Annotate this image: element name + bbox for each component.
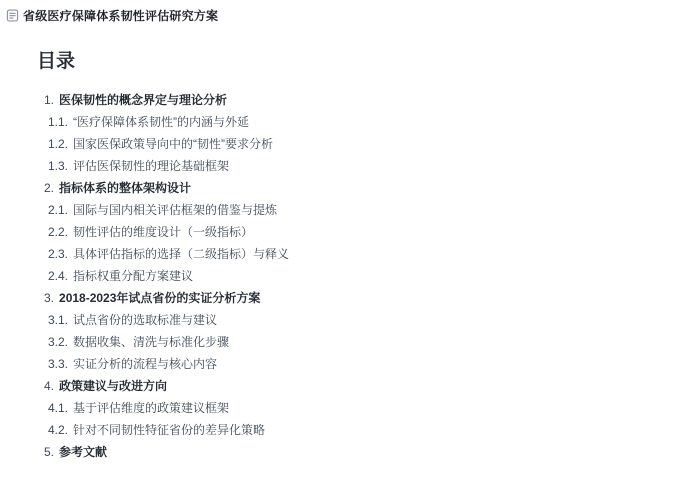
toc-list: 1.医保韧性的概念界定与理论分析1.1.“医疗保障体系韧性”的内涵与外延1.2.…: [0, 89, 696, 463]
toc-item-label: 2018-2023年试点省份的实证分析方案: [59, 287, 260, 309]
toc-item: 3.2018-2023年试点省份的实证分析方案: [0, 287, 696, 309]
toc-item: 2.3.具体评估指标的选择（二级指标）与释义: [0, 243, 696, 265]
toc-item-number: 3.1.: [48, 309, 68, 331]
toc-item: 2.2.韧性评估的维度设计（一级指标）: [0, 221, 696, 243]
toc-item-number: 2.1.: [48, 199, 68, 221]
document-header: 省级医疗保障体系韧性评估研究方案: [5, 7, 218, 24]
toc-item-label: 指标体系的整体架构设计: [59, 177, 191, 199]
toc-item-number: 5.: [44, 441, 54, 463]
toc-item: 1.3.评估医保韧性的理论基础框架: [0, 155, 696, 177]
toc-item: 4.2.针对不同韧性特征省份的差异化策略: [0, 419, 696, 441]
toc-item-label: 实证分析的流程与核心内容: [73, 353, 217, 375]
toc-heading: 目录: [37, 50, 75, 74]
toc-item-number: 2.3.: [48, 243, 68, 265]
toc-item-number: 4.1.: [48, 397, 68, 419]
toc-item-label: 指标权重分配方案建议: [73, 265, 193, 287]
toc-item-number: 4.: [44, 375, 54, 397]
toc-item-label: 基于评估维度的政策建议框架: [73, 397, 229, 419]
toc-item: 4.1.基于评估维度的政策建议框架: [0, 397, 696, 419]
document-icon: [5, 9, 19, 23]
toc-item: 2.指标体系的整体架构设计: [0, 177, 696, 199]
toc-item-number: 1.2.: [48, 133, 68, 155]
toc-item-number: 1.3.: [48, 155, 68, 177]
toc-item-label: 数据收集、清洗与标准化步骤: [73, 331, 229, 353]
toc-item-label: 政策建议与改进方向: [59, 375, 167, 397]
toc-item-label: 国际与国内相关评估框架的借鉴与提炼: [73, 199, 277, 221]
toc-item: 3.1.试点省份的选取标准与建议: [0, 309, 696, 331]
toc-item-number: 4.2.: [48, 419, 68, 441]
toc-item-label: 参考文献: [59, 441, 107, 463]
toc-item: 2.4.指标权重分配方案建议: [0, 265, 696, 287]
toc-item-label: “医疗保障体系韧性”的内涵与外延: [73, 111, 249, 133]
toc-item-label: 韧性评估的维度设计（一级指标）: [73, 221, 253, 243]
document-title: 省级医疗保障体系韧性评估研究方案: [23, 7, 218, 24]
toc-item: 2.1.国际与国内相关评估框架的借鉴与提炼: [0, 199, 696, 221]
toc-item-label: 评估医保韧性的理论基础框架: [73, 155, 229, 177]
toc-item-label: 具体评估指标的选择（二级指标）与释义: [73, 243, 289, 265]
toc-item-label: 试点省份的选取标准与建议: [73, 309, 217, 331]
toc-item-number: 3.: [44, 287, 54, 309]
toc-item-number: 2.4.: [48, 265, 68, 287]
toc-item: 3.3.实证分析的流程与核心内容: [0, 353, 696, 375]
toc-item: 4.政策建议与改进方向: [0, 375, 696, 397]
toc-item: 1.医保韧性的概念界定与理论分析: [0, 89, 696, 111]
toc-item-number: 3.2.: [48, 331, 68, 353]
toc-item-label: 针对不同韧性特征省份的差异化策略: [73, 419, 265, 441]
toc-item-number: 1.1.: [48, 111, 68, 133]
toc-item: 1.1.“医疗保障体系韧性”的内涵与外延: [0, 111, 696, 133]
toc-item: 5.参考文献: [0, 441, 696, 463]
toc-item-number: 2.: [44, 177, 54, 199]
toc-item-number: 1.: [44, 89, 54, 111]
toc-item-number: 2.2.: [48, 221, 68, 243]
toc-item: 1.2.国家医保政策导向中的“韧性”要求分析: [0, 133, 696, 155]
toc-item-label: 医保韧性的概念界定与理论分析: [59, 89, 227, 111]
toc-item: 3.2.数据收集、清洗与标准化步骤: [0, 331, 696, 353]
toc-item-label: 国家医保政策导向中的“韧性”要求分析: [73, 133, 273, 155]
toc-item-number: 3.3.: [48, 353, 68, 375]
